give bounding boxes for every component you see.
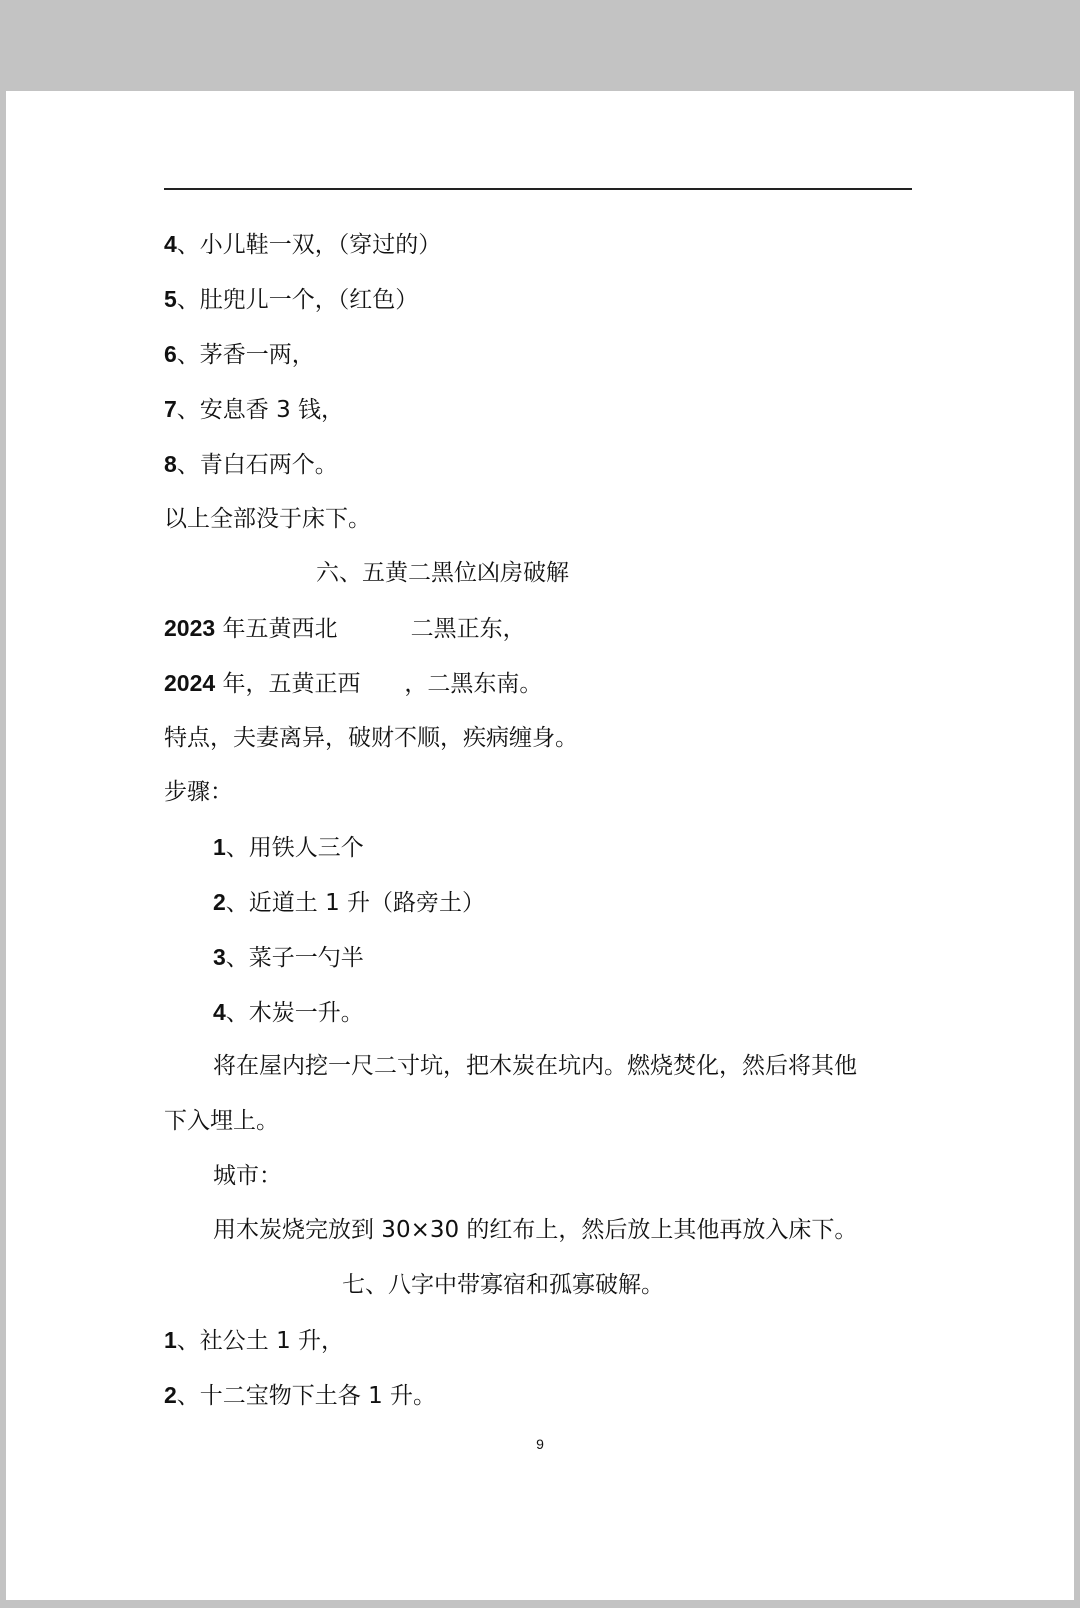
list-item: 4、小儿鞋一双，（穿过的） [164,229,441,260]
document-page: 4、小儿鞋一双，（穿过的） 5、肚兜儿一个，（红色） 6、茅香一两， 7、安息香… [6,91,1074,1600]
list-item: 4、木炭一升。 [213,997,364,1028]
list-item: 5、肚兜儿一个，（红色） [164,284,418,315]
paragraph: 将在屋内挖一尺二寸坑，把木炭在坑内。燃烧焚化，然后将其他 [213,1051,857,1081]
paragraph: 2023 年五黄西北 二黑正东， [164,613,526,644]
paragraph: 2024 年，五黄正西 ，二黑东南。 [164,668,542,699]
paragraph: 用木炭烧完放到 30×30 的红布上，然后放上其他再放入床下。 [213,1215,857,1245]
paragraph: 以上全部没于床下。 [164,504,371,534]
section-heading: 七、八字中带寡宿和孤寡破解。 [342,1270,664,1300]
list-item: 3、菜子一勺半 [213,942,364,973]
list-item: 2、十二宝物下土各 1 升。 [164,1380,436,1411]
list-item: 2、近道土 1 升（路旁土） [213,887,485,918]
paragraph: 步骤： [164,777,233,807]
list-item: 6、茅香一两， [164,339,315,370]
paragraph: 特点，夫妻离异，破财不顺，疾病缠身。 [164,723,578,753]
section-heading: 六、五黄二黑位凶房破解 [316,558,569,588]
list-item: 1、用铁人三个 [213,832,364,863]
header-rule [164,188,912,190]
list-item: 1、社公土 1 升， [164,1325,344,1356]
page-number: 9 [6,1436,1074,1452]
list-item: 7、安息香 3 钱， [164,394,344,425]
list-item: 8、青白石两个。 [164,449,338,480]
paragraph: 下入埋上。 [164,1106,279,1136]
paragraph: 城市： [213,1161,282,1191]
